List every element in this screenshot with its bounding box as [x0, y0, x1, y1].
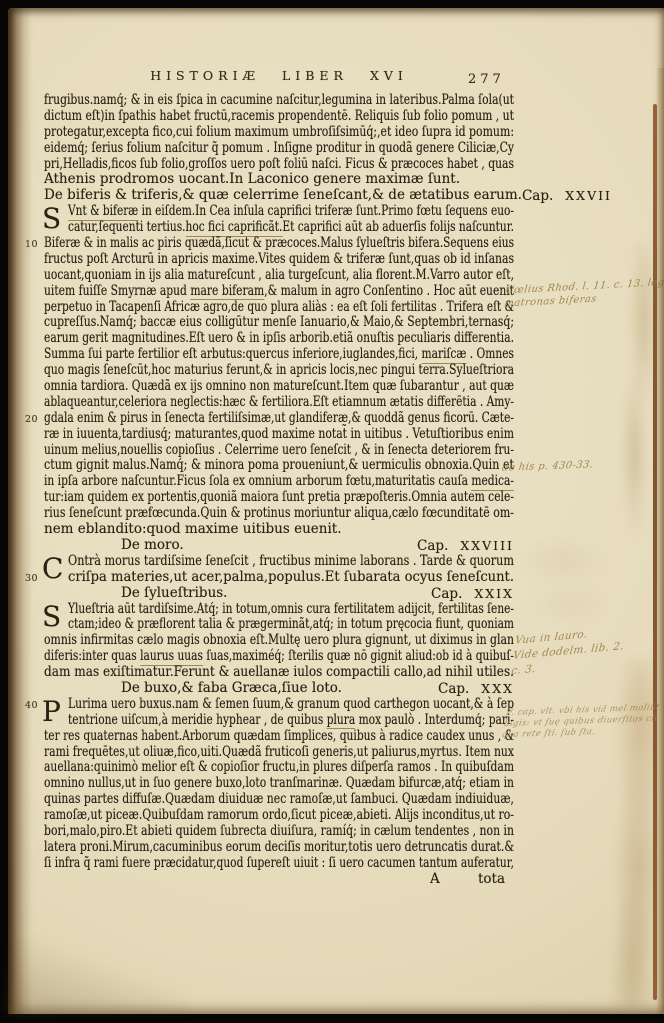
text-line: in ipſa arbore naſcuntur.Ficus ſola ex o… — [44, 474, 514, 490]
ink-underline: mariſcæ — [422, 346, 467, 364]
text-line: latera proni.Mirum,cacuminibus eorum dec… — [44, 840, 514, 856]
text-line: quinas partes diffuſæ.Quædam diuiduæ nec… — [44, 792, 514, 808]
text-line: auellana:quinimò melior eſt & copioſior … — [44, 760, 514, 776]
book-page: HISTORIÆ LIBER XVI 277 frugibus.namq́; &… — [8, 8, 664, 1014]
marginalia-line: matronas biferas — [504, 289, 664, 311]
drop-cap: C — [42, 555, 63, 583]
drop-cap: S — [42, 205, 61, 233]
running-header: HISTORIÆ LIBER XVI — [44, 68, 514, 83]
text-line: SYlueſtria aūt tardiſsime.Atq́; in totum… — [44, 602, 514, 618]
text-line: rius ſeneſcunt præfœcunda.Quin & protinu… — [44, 506, 514, 522]
text-line: perpetuo in Tacapenſi Africæ agro,de quo… — [44, 300, 514, 316]
heading-title: De buxo,& faba Græca,ſiue loto. — [121, 681, 342, 697]
chapter-number: Cap.XXIX — [431, 586, 514, 602]
marginalia-line: Cœlius Rhod. l. 11. c. 13. legit — [505, 275, 664, 297]
text-line: eidemq́; ſerius folium naſcitur q̃ pomum… — [44, 141, 514, 157]
text-line: bori,malo,piro.Et abieti quidem ſubrecta… — [44, 824, 514, 840]
text-line: frugibus.namq́; & in eis ſpica in cacumi… — [44, 93, 514, 109]
drop-cap: S — [42, 603, 61, 631]
ink-underline: plura — [327, 712, 356, 730]
text-line: earum gerit magnitudines.Eſt uero & in i… — [44, 331, 514, 347]
signature-mark: A — [430, 872, 440, 888]
text-line: protegatur,excepta fico,cui folium maxim… — [44, 125, 514, 141]
text-line: cupreſſus.Namq́; baccæ eius colligūtur m… — [44, 315, 514, 331]
line-number: 30 — [25, 571, 38, 587]
heading-title: De ſylueſtribus. — [121, 586, 227, 602]
text-line: nem eblandito:quod maxime uitibus euenit… — [44, 522, 514, 538]
ink-underline: laurus uuas — [140, 648, 203, 666]
text-line: Summa ſui parte fertilior eſt arbutus:qu… — [44, 347, 514, 363]
text-line: COntrà morus tardiſsime ſeneſcit , fruct… — [44, 554, 514, 570]
text-line: tentrione uiſcum,à meridie hyphear , de … — [44, 713, 514, 729]
line-number: 20 — [25, 412, 38, 428]
text-line: tur:iam quidem ex portentis,quoniã maior… — [44, 490, 514, 506]
text-line: quo magis ſeneſcūt,hoc maturius ferunt,&… — [44, 363, 514, 379]
text-line: dam mas exiſtimatur.Ferunt & auellanæ iu… — [44, 665, 514, 681]
chapter-heading: De moro.Cap.XXVIII — [44, 538, 514, 554]
page-number: 277 — [468, 72, 505, 87]
text-line: ctam;ideo & præflorent talia & prægermin… — [44, 617, 514, 633]
text-line: uitem fuiſſe Smyrnæ apud mare biferam,& … — [44, 284, 514, 300]
chapter-heading: De ſylueſtribus.Cap.XXIX — [44, 586, 514, 602]
text-line: rami frequētes,ut oliuæ,fico,uiti.Quædã … — [44, 745, 514, 761]
text-line: fructus poſt Arcturū in apricis maxime.V… — [44, 252, 514, 268]
text-line: ter res quaternas habent.Arborum quædam … — [44, 729, 514, 745]
text-line: ramoſæ,ut piceæ.Quibuſdam ramorum ordo,ſ… — [44, 808, 514, 824]
text-line: Biferæ & in malis ac piris quædã,ſicut &… — [44, 236, 514, 252]
text-line: omnino nullus,ut in ſuo genere buxo,loto… — [44, 776, 514, 792]
text-line: SVnt & biferæ in eiſdem.In Cea inſula ca… — [44, 204, 514, 220]
text-block: frugibus.namq́; & in eis ſpica in cacumi… — [44, 93, 514, 888]
text-line: PLurima uero buxus.nam & ſemen ſuum,& gr… — [44, 697, 514, 713]
catchword: tota — [478, 872, 505, 888]
text-line: catur,ſequenti tertius.hoc fici caprific… — [44, 220, 514, 236]
paper-stain — [8, 934, 188, 1014]
text-line: dictum eſt)in ſpathis habet fructū,racem… — [44, 109, 514, 125]
marginalia-line: Vide dodelm. lib. 2. — [512, 639, 625, 664]
line-number: 40 — [25, 698, 38, 714]
paper-stain — [620, 243, 656, 543]
ink-underline: hoc fici caprificãt. — [186, 219, 283, 237]
ink-underline: mare biferam — [190, 283, 264, 301]
drop-cap: P — [42, 698, 61, 726]
scanned-book-photo: { "header": { "title": "HISTORIÆ LIBER X… — [0, 0, 664, 1023]
catchword-row: A tota — [44, 872, 514, 888]
marginalia-line: de his p. 430-33. — [501, 458, 594, 474]
marginalia-note: de his p. 430-33. — [501, 458, 594, 474]
text-line: uinum melius,nouellis copioſius . Celerr… — [44, 443, 514, 459]
chapter-heading: De biferis & triferis,& quæ celerrime ſe… — [44, 188, 514, 204]
marginalia-note: Cœlius Rhod. l. 11. c. 13. legitmatronas… — [504, 275, 664, 310]
text-line: gdala enim & pirus in ſenecta fertiliſsi… — [44, 411, 514, 427]
binding-shadow — [8, 8, 32, 1014]
line-number: 10 — [25, 237, 38, 253]
text-line: Athenis prodromos uocant.In Laconico gen… — [44, 172, 514, 188]
marginalia-line: c. 3. — [510, 654, 623, 679]
ink-underline: medica- — [471, 473, 514, 491]
heading-title: De biferis & triferis,& quæ celerrime ſe… — [44, 188, 522, 204]
text-line: omnia tardiora. Quædã ex ijs omnino non … — [44, 379, 514, 395]
text-line: ræ in iuuenta,tardiusq́; maturantes,quod… — [44, 427, 514, 443]
chapter-number: Cap.XXVII — [522, 188, 612, 204]
chapter-heading: De buxo,& faba Græca,ſiue loto.Cap.XXX — [44, 681, 514, 697]
heading-title: De moro. — [121, 538, 184, 554]
page-edge-strip — [657, 68, 664, 1014]
text-line: ablaqueantur,celeriora neglectis:hæc & f… — [44, 395, 514, 411]
body-lines: frugibus.namq́; & in eis ſpica in cacumi… — [44, 93, 514, 872]
text-line: ſi infra q̃ rami fuere præcidatur,quod ſ… — [44, 856, 514, 872]
text-line: ctum gignit malus.Namq́; & minora poma p… — [44, 458, 514, 474]
text-line: diferis:inter quas laurus uuas ſuas,maxi… — [44, 649, 514, 665]
chapter-number: Cap.XXVIII — [417, 538, 514, 554]
text-line: uocant,quoniam in ijs alia matureſcunt ,… — [44, 268, 514, 284]
text-line: omnis infirmitas cælo magis obnoxia eſt.… — [44, 633, 514, 649]
ink-underline: Vnt & biferæ — [68, 203, 138, 221]
text-line: pri,Helladis,ficos ſub folio,groſſos uer… — [44, 157, 514, 173]
chapter-number: Cap.XXX — [438, 681, 514, 697]
text-line: criſpa materies,ut acer,palma,populus.Et… — [44, 570, 514, 586]
